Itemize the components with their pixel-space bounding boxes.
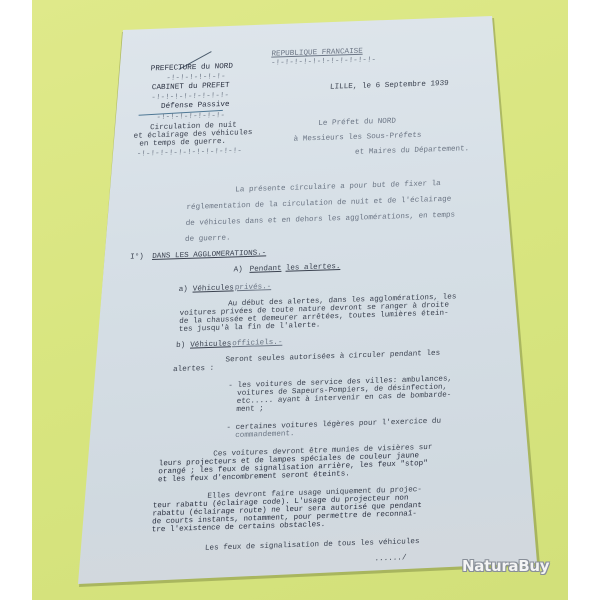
subsection-title: Pendant [249, 265, 281, 275]
intro-line: réglementation de la circulation de nuit… [186, 196, 451, 213]
item-label: a) [178, 286, 188, 295]
continuation-mark: ....../ [374, 554, 406, 564]
item-title: Véhicules [190, 340, 232, 350]
intro-line: de véhicules dans et en dehors les agglo… [185, 212, 455, 229]
item-label: b) [176, 342, 186, 351]
naturabuy-watermark: NaturaBuy [462, 557, 549, 575]
paragraph-line: Seront seules autorisées à circuler pend… [225, 350, 440, 366]
intro-line: de guerre. [185, 235, 231, 245]
item-title: privés.- [235, 283, 272, 293]
intro-line: La présente circulaire a pour but de fix… [235, 180, 441, 195]
subsection-label: A) [233, 266, 243, 275]
section-title: DANS LES AGGLOMERATIONS.- [152, 249, 267, 262]
recipient-line: à Messieurs les Sous-Préfets [293, 132, 421, 145]
document: PREFECTURE du NORD -!-!-!-!-!-!- CABINET… [108, 28, 523, 570]
subsection-title: les alertes. [285, 263, 340, 274]
paragraph-line: alertes : [173, 365, 215, 375]
sender-line: Le Préfet du NORD [318, 118, 396, 129]
paragraph-line: Les feux de signalisation de tous les vé… [205, 538, 420, 554]
bullet-line: ment ; [227, 405, 264, 415]
recipient-line: et Maires du Département. [355, 145, 470, 158]
item-title: officiels.- [232, 339, 283, 350]
header-separator: -!-!-!-!-!-!-!-!-!-!-!- [271, 56, 376, 68]
section-number: I°) [130, 253, 144, 262]
bullet-line: commandement. [226, 430, 295, 441]
date-line: LILLE, le 6 Septembre 1939 [330, 80, 449, 93]
header-separator: -!-!-!-!-!-!-!-!-!-!-!- [137, 147, 242, 159]
item-title: Véhicules [192, 284, 234, 294]
